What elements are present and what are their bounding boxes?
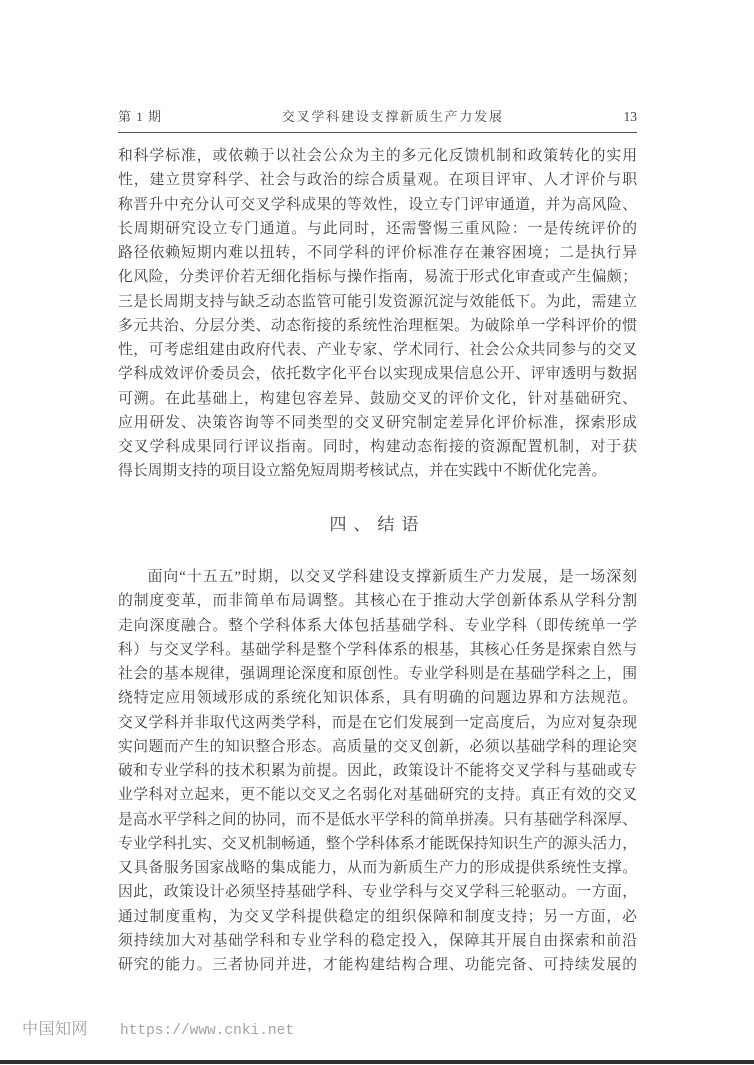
text-line: 得长周期支持的项目设立豁免短周期考核试点，并在实践中不断优化完善。 bbox=[118, 459, 637, 483]
page-header: 第 1 期 交叉学科建设支撑新质生产力发展 13 bbox=[118, 106, 637, 125]
header-rule bbox=[118, 132, 637, 133]
text-line: 专业学科扎实、交叉机制畅通，整个学科体系才能既保持知识生产的源头活力， bbox=[118, 832, 637, 856]
section-heading: 四、结语 bbox=[118, 512, 637, 538]
text-line: 破和专业学科的技术积累为前提。因此，政策设计不能将交叉学科与基础或专 bbox=[118, 759, 637, 783]
text-line: 面向“十五五”时期，以交叉学科建设支撑新质生产力发展，是一场深刻 bbox=[118, 565, 637, 589]
text-line: 性，可考虑组建由政府代表、产业专家、学术同行、社会公众共同参与的交叉 bbox=[118, 338, 637, 362]
text-line: 绕特定应用领域形成的系统化知识体系，具有明确的问题边界和方法规范。 bbox=[118, 686, 637, 710]
text-line: 的制度变革，而非简单布局调整。其核心在于推动大学创新体系从学科分割 bbox=[118, 589, 637, 613]
text-line: 化风险，分类评价若无细化指标与操作指南，易流于形式化审查或产生偏颇； bbox=[118, 265, 637, 289]
paragraph-continuation: 和科学标准，或依赖于以社会公众为主的多元化反馈机制和政策转化的实用性，建立贯穿科… bbox=[118, 144, 637, 484]
text-line: 研究的能力。三者协同并进，才能构建结构合理、功能完备、可持续发展的 bbox=[118, 953, 637, 977]
text-line: 业学科对立起来，更不能以交叉之名弱化对基础研究的支持。真正有效的交叉 bbox=[118, 783, 637, 807]
text-line: 交叉学科成果同行评议指南。同时，构建动态衔接的资源配置机制，对于获 bbox=[118, 435, 637, 459]
text-line: 路径依赖短期内难以扭转，不同学科的评价标准存在兼容困境；二是执行异 bbox=[118, 241, 637, 265]
text-line: 长周期研究设立专门通道。与此同时，还需警惕三重风险：一是传统评价的 bbox=[118, 217, 637, 241]
text-line: 走向深度融合。整个学科体系大体包括基础学科、专业学科（即传统单一学 bbox=[118, 614, 637, 638]
page-bottom-edge bbox=[0, 1060, 754, 1064]
document-page: 第 1 期 交叉学科建设支撑新质生产力发展 13 和科学标准，或依赖于以社会公众… bbox=[0, 0, 754, 1065]
text-line: 称晋升中充分认可交叉学科成果的等效性，设立专门评审通道，并为高风险、 bbox=[118, 193, 637, 217]
text-line: 和科学标准，或依赖于以社会公众为主的多元化反馈机制和政策转化的实用 bbox=[118, 144, 637, 168]
header-page-number: 13 bbox=[624, 109, 638, 125]
header-issue-label: 第 1 期 bbox=[118, 106, 162, 125]
text-line: 因此，政策设计必须坚持基础学科、专业学科与交叉学科三轮驱动。一方面， bbox=[118, 880, 637, 904]
text-line: 学科成效评价委员会，依托数字化平台以实现成果信息公开、评审透明与数据 bbox=[118, 362, 637, 386]
cnki-brand-text: 中国知网 bbox=[22, 1019, 88, 1041]
header-running-title: 交叉学科建设支撑新质生产力发展 bbox=[282, 106, 504, 125]
text-line: 实问题而产生的知识整合形态。高质量的交叉创新，必须以基础学科的理论突 bbox=[118, 735, 637, 759]
text-line: 性，建立贯穿科学、社会与政治的综合质量观。在项目评审、人才评价与职 bbox=[118, 168, 637, 192]
text-line: 应用研发、决策咨询等不同类型的交叉研究制定差异化评价标准，探索形成 bbox=[118, 411, 637, 435]
text-line: 三是长周期支持与缺乏动态监管可能引发资源沉淀与效能低下。为此，需建立 bbox=[118, 290, 637, 314]
text-line: 通过制度重构，为交叉学科提供稳定的组织保障和制度支持；另一方面，必 bbox=[118, 905, 637, 929]
text-line: 科）与交叉学科。基础学科是整个学科体系的根基，其核心任务是探索自然与 bbox=[118, 638, 637, 662]
text-line: 交叉学科并非取代这两类学科，而是在它们发展到一定高度后，为应对复杂现 bbox=[118, 711, 637, 735]
text-line: 须持续加大对基础学科和专业学科的稳定投入，保障其开展自由探索和前沿 bbox=[118, 929, 637, 953]
text-line: 又具备服务国家战略的集成能力，从而为新质生产力的形成提供系统性支撑。 bbox=[118, 856, 637, 880]
cnki-url-text: https://www.cnki.net bbox=[120, 1020, 294, 1042]
paragraph-conclusion: 面向“十五五”时期，以交叉学科建设支撑新质生产力发展，是一场深刻的制度变革，而非… bbox=[118, 565, 637, 977]
text-line: 社会的基本规律，强调理论深度和原创性。专业学科则是在基础学科之上，围 bbox=[118, 662, 637, 686]
text-line: 是高水平学科之间的协同，而不是低水平学科的简单拼凑。只有基础学科深厚、 bbox=[118, 808, 637, 832]
text-line: 可溯。在此基础上，构建包容差异、鼓励交叉的评价文化，针对基础研究、 bbox=[118, 387, 637, 411]
cnki-watermark: 中国知网 https://www.cnki.net bbox=[0, 1019, 754, 1043]
text-line: 多元共治、分层分类、动态衔接的系统性治理框架。为破除单一学科评价的惯 bbox=[118, 314, 637, 338]
